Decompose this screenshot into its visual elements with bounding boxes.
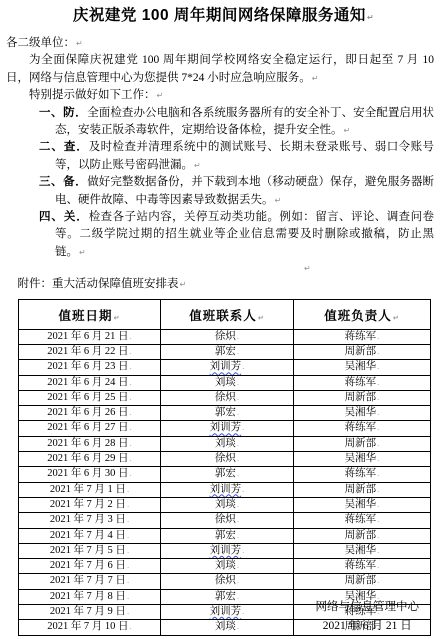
- cell-mark-icon: .: [127, 486, 129, 494]
- cell-contact: 郭宏.: [161, 528, 294, 543]
- cell-date: 2021 年 7 月 3 日.: [19, 513, 161, 528]
- cell-mark-icon: .: [377, 424, 379, 432]
- cell-leader: 吴湘华.: [294, 360, 431, 375]
- paragraph-mark-icon: ↵: [194, 161, 201, 170]
- list-number: 三、: [39, 176, 63, 188]
- cell-mark-icon: .: [242, 486, 244, 494]
- cell-mark-icon: .: [237, 440, 239, 448]
- cell-mark-icon: ↵: [258, 314, 265, 322]
- cell-date: 2021 年 6 月 21 日.: [19, 329, 161, 344]
- cell-mark-icon: .: [237, 501, 239, 509]
- list-number: 二、: [39, 141, 64, 153]
- cell-date: 2021 年 7 月 8 日.: [19, 589, 161, 604]
- cell-mark-icon: .: [130, 440, 132, 448]
- cell-mark-icon: .: [377, 379, 379, 387]
- header-row: 值班日期↵ 值班联系人↵ 值班负责人↵: [19, 299, 431, 329]
- table-row: 2021 年 6 月 24 日.刘琰.蒋练军.: [19, 375, 431, 390]
- paragraph-mark-icon: ↵: [180, 280, 187, 289]
- table-row: 2021 年 6 月 26 日.郭宏.吴湘华.: [19, 406, 431, 421]
- cell-mark-icon: .: [377, 562, 379, 570]
- cell-mark-icon: .: [237, 623, 239, 631]
- cell-contact: 徐炽.: [161, 390, 294, 405]
- cell-mark-icon: .: [130, 623, 132, 631]
- cell-date: 2021 年 6 月 25 日.: [19, 390, 161, 405]
- table-row: 2021 年 7 月 7 日.徐炽.周新部.: [19, 574, 431, 589]
- empty-paragraph: ↵: [6, 261, 434, 276]
- list-keyword: 防．: [63, 107, 87, 119]
- cell-contact: 郭宏.: [161, 467, 294, 482]
- cell-date: 2021 年 7 月 9 日.: [19, 605, 161, 620]
- header-contact: 值班联系人↵: [161, 299, 294, 329]
- paragraph-mark-icon: ↵: [344, 126, 351, 135]
- cell-mark-icon: .: [242, 547, 244, 555]
- document-body: 各二级单位：↵ 为全面保障庆祝建党 100 周年期间学校网络安全稳定运行，即日起…: [6, 35, 434, 294]
- cell-mark-icon: .: [237, 455, 239, 463]
- cell-date: 2021 年 7 月 7 日.: [19, 574, 161, 589]
- cell-leader: 蒋练军.: [294, 513, 431, 528]
- cell-date: 2021 年 7 月 2 日.: [19, 497, 161, 512]
- cell-leader: 周新部.: [294, 574, 431, 589]
- cell-contact: 刘训芳.: [161, 605, 294, 620]
- list-number: 一、: [39, 107, 63, 119]
- cell-mark-icon: ↵: [114, 314, 121, 322]
- table-row: 2021 年 6 月 28 日.刘琰.周新部.: [19, 436, 431, 451]
- cell-date: 2021 年 6 月 27 日.: [19, 421, 161, 436]
- table-row: 2021 年 6 月 21 日.徐炽.蒋练军.: [19, 329, 431, 344]
- cell-mark-icon: .: [242, 424, 244, 432]
- cell-date: 2021 年 7 月 4 日.: [19, 528, 161, 543]
- cell-mark-icon: .: [237, 532, 239, 540]
- cell-leader: 吴湘华.: [294, 406, 431, 421]
- cell-date: 2021 年 6 月 30 日.: [19, 467, 161, 482]
- cell-mark-icon: .: [127, 608, 129, 616]
- table-row: 2021 年 7 月 5 日.刘训芳.吴湘华.: [19, 543, 431, 558]
- cell-mark-icon: .: [127, 532, 129, 540]
- duty-roster-table: 值班日期↵ 值班联系人↵ 值班负责人↵ 2021 年 6 月 21 日.徐炽.蒋…: [18, 299, 431, 636]
- cell-mark-icon: .: [127, 562, 129, 570]
- cell-date: 2021 年 7 月 1 日.: [19, 482, 161, 497]
- table-row: 2021 年 6 月 23 日.刘训芳.吴湘华.: [19, 360, 431, 375]
- cell-leader: 蒋练军.: [294, 375, 431, 390]
- cell-mark-icon: .: [127, 547, 129, 555]
- list-text: 及时检查并清理系统中的测试账号、长期未登录账号、弱口令账号等，以防止账号密码泄漏…: [55, 141, 434, 170]
- cell-mark-icon: ↵: [393, 314, 400, 322]
- cell-mark-icon: .: [377, 516, 379, 524]
- cell-leader: 吴湘华.: [294, 543, 431, 558]
- cell-date: 2021 年 7 月 6 日.: [19, 559, 161, 574]
- table-row: 2021 年 6 月 27 日.刘训芳.蒋练军.: [19, 421, 431, 436]
- cell-date: 2021 年 6 月 24 日.: [19, 375, 161, 390]
- title-text: 庆祝建党 100 周年期间网络保障服务通知: [73, 7, 366, 24]
- table-row: 2021 年 7 月 6 日.刘琰.蒋练军.: [19, 559, 431, 574]
- paragraph-mark-icon: ↵: [304, 264, 311, 273]
- cell-date: 2021 年 7 月 5 日.: [19, 543, 161, 558]
- cell-leader: 周新部.: [294, 528, 431, 543]
- cell-date: 2021 年 7 月 10 日.: [19, 620, 161, 635]
- cell-mark-icon: .: [377, 577, 379, 585]
- cell-contact: 郭宏.: [161, 344, 294, 359]
- cell-mark-icon: .: [237, 333, 239, 341]
- cell-date: 2021 年 6 月 23 日.: [19, 360, 161, 375]
- paragraph-mark-icon: ↵: [79, 248, 86, 257]
- cell-contact: 郭宏.: [161, 406, 294, 421]
- signature-org: 网络与信息管理中心: [316, 598, 420, 617]
- cell-leader: 蒋练军.: [294, 467, 431, 482]
- signature-block: 网络与信息管理中心 2021 年 6 月 21 日: [316, 598, 420, 635]
- cell-mark-icon: .: [377, 547, 379, 555]
- table-row: 2021 年 6 月 29 日.徐炽.吴湘华.: [19, 452, 431, 467]
- cell-mark-icon: .: [377, 486, 379, 494]
- cell-leader: 吴湘华.: [294, 497, 431, 512]
- salutation: 各二级单位：↵: [6, 35, 434, 52]
- list-text: 全面检查办公电脑和各系统服务器所有的安全补丁、安全配置启用状态，安装正版杀毒软件…: [55, 107, 434, 136]
- cell-leader: 周新部.: [294, 390, 431, 405]
- cell-contact: 刘训芳.: [161, 543, 294, 558]
- table-row: 2021 年 7 月 3 日.徐炽.蒋练军.: [19, 513, 431, 528]
- cell-leader: 周新部.: [294, 482, 431, 497]
- cell-mark-icon: .: [127, 577, 129, 585]
- list-item-1: 一、防．全面检查办公电脑和各系统服务器所有的安全补丁、安全配置启用状态，安装正版…: [6, 105, 434, 140]
- cell-mark-icon: .: [127, 593, 129, 601]
- cell-contact: 刘训芳.: [161, 360, 294, 375]
- cell-mark-icon: .: [237, 470, 239, 478]
- cell-mark-icon: .: [130, 379, 132, 387]
- list-item-4: 四、关．检查各子站内容，关停互动类功能。例如：留言、评论、调查问卷等。二级学院过…: [6, 209, 434, 261]
- cell-mark-icon: .: [237, 593, 239, 601]
- cell-contact: 徐炽.: [161, 329, 294, 344]
- cell-contact: 徐炽.: [161, 574, 294, 589]
- cell-mark-icon: .: [242, 608, 244, 616]
- list-item-3: 三、备．做好完整数据备份，并下载到本地（移动硬盘）保存，避免服务器断电、硬件故障…: [6, 174, 434, 209]
- cell-leader: 周新部.: [294, 436, 431, 451]
- cell-contact: 刘训芳.: [161, 482, 294, 497]
- list-text: 检查各子站内容，关停互动类功能。例如：留言、评论、调查问卷等。二级学院过期的招生…: [55, 211, 434, 258]
- cell-leader: 蒋练军.: [294, 421, 431, 436]
- signature-date: 2021 年 6 月 21 日: [316, 617, 420, 636]
- list-keyword: 备．: [63, 176, 87, 188]
- table-row: 2021 年 7 月 2 日.刘琰.吴湘华.: [19, 497, 431, 512]
- cell-mark-icon: .: [377, 363, 379, 371]
- duty-table-header: 值班日期↵ 值班联系人↵ 值班负责人↵: [19, 299, 431, 329]
- cell-mark-icon: .: [237, 577, 239, 585]
- cell-mark-icon: .: [377, 501, 379, 509]
- attachment-label: 附件：重大活动保障值班安排表↵: [6, 276, 434, 293]
- cell-contact: 刘琰.: [161, 436, 294, 451]
- cell-contact: 刘琰.: [161, 559, 294, 574]
- cell-leader: 蒋练军.: [294, 559, 431, 574]
- cell-mark-icon: .: [377, 532, 379, 540]
- list-keyword: 关．: [64, 211, 89, 223]
- cell-contact: 徐炽.: [161, 513, 294, 528]
- table-row: 2021 年 6 月 25 日.徐炽.周新部.: [19, 390, 431, 405]
- table-row: 2021 年 7 月 1 日.刘训芳.周新部.: [19, 482, 431, 497]
- cell-date: 2021 年 6 月 29 日.: [19, 452, 161, 467]
- paragraph-mark-icon: ↵: [157, 91, 164, 100]
- paragraph-mark-icon: ↵: [312, 74, 319, 83]
- cell-leader: 蒋练军.: [294, 329, 431, 344]
- cell-leader: 吴湘华.: [294, 452, 431, 467]
- cell-date: 2021 年 6 月 28 日.: [19, 436, 161, 451]
- table-row: 2021 年 6 月 22 日.郭宏.周新部.: [19, 344, 431, 359]
- cell-mark-icon: .: [237, 409, 239, 417]
- cell-contact: 刘琰.: [161, 497, 294, 512]
- list-item-2: 二、查．及时检查并清理系统中的测试账号、长期未登录账号、弱口令账号等，以防止账号…: [6, 139, 434, 174]
- paragraph-mark-icon: ↵: [76, 39, 83, 48]
- paragraph-mark-icon: ↵: [367, 13, 374, 22]
- cell-date: 2021 年 6 月 22 日.: [19, 344, 161, 359]
- duty-table-body: 2021 年 6 月 21 日.徐炽.蒋练军.2021 年 6 月 22 日.郭…: [19, 329, 431, 635]
- cell-mark-icon: .: [377, 394, 379, 402]
- cell-contact: 郭宏.: [161, 589, 294, 604]
- cell-mark-icon: .: [242, 363, 244, 371]
- cell-mark-icon: .: [130, 470, 132, 478]
- paragraph-intro: 为全面保障庆祝建党 100 周年期间学校网络安全稳定运行，即日起至 7 月 10…: [6, 52, 434, 87]
- cell-mark-icon: .: [237, 348, 239, 356]
- paragraph-tip: 特别提示做好如下工作：↵: [6, 87, 434, 104]
- cell-mark-icon: .: [237, 394, 239, 402]
- cell-contact: 刘训芳.: [161, 421, 294, 436]
- cell-mark-icon: .: [130, 333, 132, 341]
- cell-contact: 刘琰.: [161, 620, 294, 635]
- cell-mark-icon: .: [237, 379, 239, 387]
- cell-mark-icon: .: [377, 348, 379, 356]
- cell-mark-icon: .: [130, 409, 132, 417]
- paragraph-mark-icon: ↵: [275, 196, 282, 205]
- header-date: 值班日期↵: [19, 299, 161, 329]
- cell-mark-icon: .: [377, 409, 379, 417]
- cell-mark-icon: .: [377, 470, 379, 478]
- cell-mark-icon: .: [377, 333, 379, 341]
- cell-mark-icon: .: [130, 363, 132, 371]
- cell-leader: 周新部.: [294, 344, 431, 359]
- cell-mark-icon: .: [377, 440, 379, 448]
- page-title: 庆祝建党 100 周年期间网络保障服务通知↵: [0, 0, 447, 27]
- cell-mark-icon: .: [130, 394, 132, 402]
- document-page: 庆祝建党 100 周年期间网络保障服务通知↵ 各二级单位：↵ 为全面保障庆祝建党…: [0, 0, 447, 639]
- list-keyword: 查．: [64, 141, 89, 153]
- cell-mark-icon: .: [127, 516, 129, 524]
- header-leader: 值班负责人↵: [294, 299, 431, 329]
- table-row: 2021 年 7 月 4 日.郭宏.周新部.: [19, 528, 431, 543]
- cell-contact: 徐炽.: [161, 452, 294, 467]
- cell-mark-icon: .: [237, 516, 239, 524]
- cell-contact: 刘琰.: [161, 375, 294, 390]
- cell-mark-icon: .: [127, 501, 129, 509]
- cell-date: 2021 年 6 月 26 日.: [19, 406, 161, 421]
- list-number: 四、: [39, 211, 64, 223]
- cell-mark-icon: .: [130, 424, 132, 432]
- list-text: 做好完整数据备份，并下载到本地（移动硬盘）保存，避免服务器断电、硬件故障、中毒等…: [55, 176, 434, 205]
- table-row: 2021 年 6 月 30 日.郭宏.蒋练军.: [19, 467, 431, 482]
- cell-mark-icon: .: [130, 348, 132, 356]
- cell-mark-icon: .: [237, 562, 239, 570]
- cell-mark-icon: .: [377, 455, 379, 463]
- cell-mark-icon: .: [130, 455, 132, 463]
